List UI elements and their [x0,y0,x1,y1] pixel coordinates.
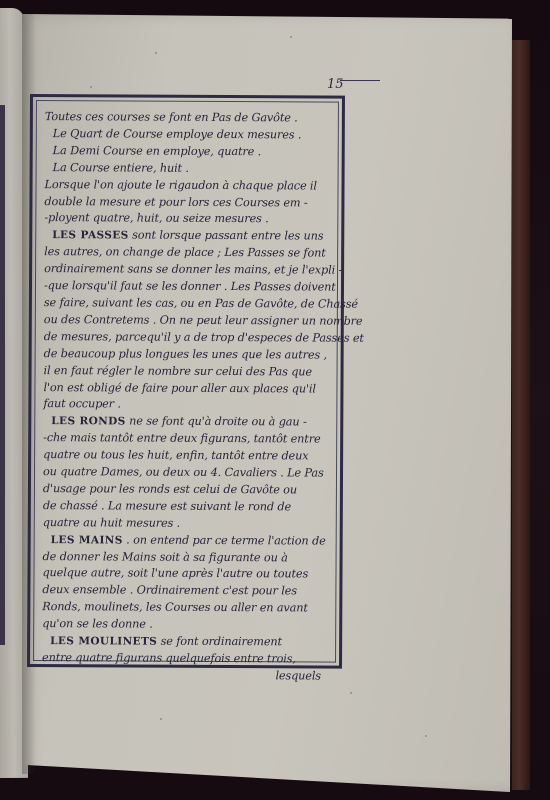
line-text: Ronds, moulinets, les Courses ou aller e… [42,600,308,614]
text-line: faut occuper . [43,396,330,414]
section-heading: LES RONDS [51,415,125,427]
line-text: se font ordinairement [157,635,282,649]
section-heading: LES MAINS [51,534,123,546]
paper-speck [290,36,292,38]
text-line: La Demi Course en employe, quatre . [45,143,332,161]
line-text: deux ensemble . Ordinairement c'est pour… [42,583,297,597]
text-line: les autres, on change de place ; Les Pas… [44,244,331,262]
line-text: La Demi Course en employe, quatre . [53,144,261,158]
line-text: -ployent quatre, huit, ou seize mesures … [44,212,268,226]
line-text: de donner les Mains soit à sa figurante … [43,550,288,564]
text-frame: Toutes ces courses se font en Pas de Gav… [27,94,345,669]
text-line: de chassé . La mesure est suivant le ron… [43,498,330,516]
text-line: entre quatre figurans quelquefois entre … [42,650,329,668]
text-line: double la mesure et pour lors ces Course… [44,194,331,212]
left-page-frame-rule [0,105,5,645]
line-text: il en faut régler le nombre sur celui de… [44,364,312,378]
line-text: -que lorsqu'il faut se les donner . Les … [44,279,336,294]
line-text: Toutes ces courses se font en Pas de Gav… [45,110,298,124]
text-line: deux ensemble . Ordinairement c'est pour… [42,582,329,600]
line-text: quatre au huit mesures . [43,516,180,530]
text-line: LES MOULINETS se font ordinairement [42,633,329,651]
book-photo: 15 Toutes ces courses se font en Pas de … [0,0,550,800]
line-text: ou des Contretems . On ne peut leur assi… [44,313,363,328]
text-line: Toutes ces courses se font en Pas de Gav… [45,109,332,127]
line-text: faut occuper . [43,397,121,410]
text-line: qu'on se les donne . [42,616,329,634]
line-text: double la mesure et pour lors ces Course… [44,195,307,209]
line-text: qu'on se les donne . [42,617,153,631]
line-text: entre quatre figurans quelquefois entre … [42,651,296,665]
text-line: ou quatre Dames, ou deux ou 4. Cavaliers… [43,464,330,482]
line-text: quelque autre, soit l'une après l'autre … [42,567,308,581]
paper-speck [350,692,352,694]
text-line: Lorsque l'on ajoute le rigaudon à chaque… [44,177,331,195]
line-text: ne se font qu'à droite ou à gau - [126,415,307,429]
section-heading: LES PASSES [52,229,128,241]
line-text: de mesures, parcequ'il y a de trop d'esp… [44,330,364,345]
line-text: l'on est obligé de faire pour aller aux … [43,381,315,395]
line-text: quatre ou tous les huit, enfin, tantôt e… [43,448,308,462]
line-text: La Course entiere, huit . [53,161,189,175]
text-line: LES MAINS . on entend par ce terme l'act… [43,532,330,550]
line-text: de chassé . La mesure est suivant le ron… [43,499,291,513]
text-line: LES PASSES sont lorsque passant entre le… [44,227,331,245]
line-text: se faire, suivant les cas, ou en Pas de … [44,296,358,311]
text-line: quatre ou tous les huit, enfin, tantôt e… [43,447,330,465]
line-text: lesquels [275,669,321,682]
text-line: quatre au huit mesures . [43,515,330,533]
line-text: Lorsque l'on ajoute le rigaudon à chaque… [44,178,316,192]
text-line: -que lorsqu'il faut se les donner . Les … [44,278,331,296]
text-line: l'on est obligé de faire pour aller aux … [43,380,330,398]
text-line: -che mais tantôt entre deux figurans, ta… [43,430,330,448]
paper-speck [425,735,427,737]
text-line: LES RONDS ne se font qu'à droite ou à ga… [43,413,330,431]
line-text: de beaucoup plus longues les unes que le… [44,347,327,361]
paper-speck [160,718,162,720]
text-line: lesquels [42,667,329,685]
text-line: de beaucoup plus longues les unes que le… [44,346,331,364]
line-text: . on entend par ce terme l'action de [123,533,326,547]
line-text: ou quatre Dames, ou deux ou 4. Cavaliers… [43,465,324,479]
line-text: d'usage pour les ronds est celui de Gavô… [43,482,297,496]
line-text: sont lorsque passant entre les uns [129,229,324,243]
line-text: les autres, on change de place ; Les Pas… [44,245,326,259]
text-line: -ployent quatre, huit, ou seize mesures … [44,211,331,229]
text-line: d'usage pour les ronds est celui de Gavô… [43,481,330,499]
text-line: La Course entiere, huit . [45,160,332,178]
text-line: se faire, suivant les cas, ou en Pas de … [44,295,331,313]
line-text: ordinairement sans se donner les mains, … [44,262,342,277]
text-line: il en faut régler le nombre sur celui de… [44,363,331,381]
text-line: Ronds, moulinets, les Courses ou aller e… [42,599,329,617]
line-text: Le Quart de Course employe deux mesures … [53,127,302,141]
book-cover-edge [512,40,530,790]
section-heading: LES MOULINETS [50,635,157,648]
line-text: -che mais tantôt entre deux figurans, ta… [43,431,320,445]
text-line: Le Quart de Course employe deux mesures … [45,126,332,144]
header-rule [340,80,380,81]
paper-speck [155,52,157,54]
text-line: de donner les Mains soit à sa figurante … [43,549,330,567]
paper-speck [90,86,92,88]
text-line: ou des Contretems . On ne peut leur assi… [44,312,331,330]
text-body: Toutes ces courses se font en Pas de Gav… [33,100,339,663]
text-line: de mesures, parcequ'il y a de trop d'esp… [44,329,331,347]
text-line: quelque autre, soit l'une après l'autre … [42,566,329,584]
text-line: ordinairement sans se donner les mains, … [44,261,331,279]
